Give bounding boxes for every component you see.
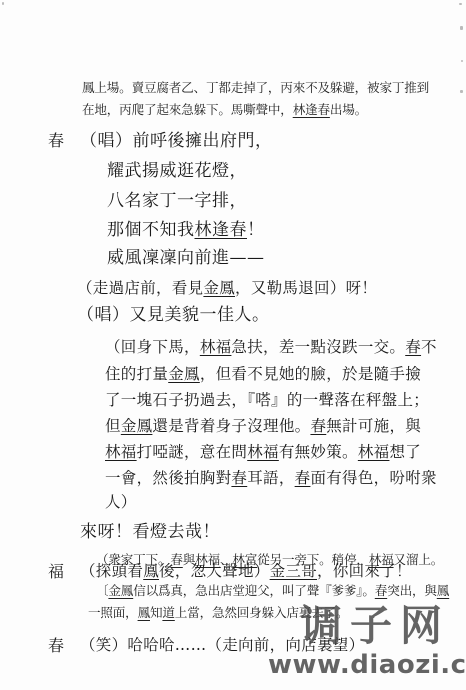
stage-direction-line: （回身下馬，林福急扶，差一點沒跌一交。春不: [105, 340, 437, 356]
stage-direction-text: （回身下馬，: [105, 338, 200, 356]
character-name: 金鳳: [168, 365, 200, 383]
stage-direction-line: 住的打量金鳳，但看不見她的臉，於是隨手撿: [105, 367, 421, 383]
scan-speck: [2, 2, 4, 5]
character-name: 道: [162, 605, 174, 620]
character-name: 金鳳: [108, 583, 133, 598]
stage-direction-text: 鳳上場。賣豆腐者乙、丁都走掉了，丙來不及躲避，被家丁推到: [82, 80, 429, 95]
stage-direction-text: 信以爲真，急出店堂迎父，叫了聲『爹爹』。: [133, 583, 375, 598]
stage-direction-line: 了一塊石子扔過去，『嗒』的一聲落在秤盤上；: [105, 393, 429, 409]
dialogue-text: （探頭看: [80, 562, 143, 580]
stage-direction-text: 想了: [389, 443, 421, 461]
scan-speck: [459, 3, 462, 5]
verse-line: 八名家丁一字排，: [107, 193, 247, 210]
stage-direction-line: 一會，然後拍胸對春耳語，春面有得色，吩咐衆: [105, 471, 437, 487]
verse-text: ！: [247, 220, 265, 240]
stage-direction-text: 面有得色，吩咐衆: [310, 469, 436, 487]
character-name: 春: [375, 583, 387, 598]
character-name: 金鳳: [121, 417, 153, 435]
dialogue-line: （唱）又見美貌一佳人。: [77, 307, 270, 324]
stage-direction-text: 有無妙策。: [279, 443, 358, 461]
stage-direction-line: 鳳上場。賣豆腐者乙、丁都走掉了，丙來不及躲避，被家丁推到: [82, 82, 429, 95]
character-name: 林福: [105, 443, 137, 461]
stage-direction-text: 耳語，: [247, 469, 294, 487]
character-name: 林逢春: [293, 102, 330, 117]
dialogue-text: 後，忽大聲地）: [159, 562, 270, 580]
stage-direction-text: 住的打量: [105, 365, 168, 383]
stage-direction-text: 不: [421, 338, 437, 356]
character-name: 林福: [247, 443, 279, 461]
character-name: 春: [295, 469, 311, 487]
stage-direction-text: 一會，然後拍胸對: [105, 469, 231, 487]
action-text: ，又勒馬退回）呀！: [235, 279, 377, 297]
verse-line: 耀武揚威逛花燈，: [107, 163, 247, 180]
speaker-label: 福: [48, 564, 64, 580]
character-name: 鳳: [138, 605, 150, 620]
stage-direction-line: 林福打啞謎，意在問林福有無妙策。林福想了: [105, 445, 421, 461]
script-page: 鳳上場。賣豆腐者乙、丁都走掉了，丙來不及躲避，被家丁推到 在地，丙爬了起來急躲下…: [0, 0, 466, 690]
stage-direction-text: 出場。: [330, 102, 367, 117]
stage-direction-line: 人）: [105, 495, 137, 511]
character-name: 春: [405, 338, 421, 356]
stage-direction-line: 但金鳳還是背着身子沒理他。春無計可施，與: [105, 419, 421, 435]
scan-speck: [460, 26, 463, 30]
verse-line: 那個不知我林逢春！: [107, 222, 265, 239]
stage-direction-text: 無計可施，與: [326, 417, 421, 435]
dialogue-line: （探頭看鳳後，忽大聲地）金三哥，你回來了！: [80, 564, 412, 580]
stage-direction-text: 在地，丙爬了起來急躲下。馬嘶聲中，: [82, 102, 293, 117]
stage-direction-text: 〔: [96, 583, 108, 598]
dialogue-text: ，你回來了！: [317, 562, 412, 580]
stage-direction-line: 在地，丙爬了起來急躲下。馬嘶聲中，林逢春出場。: [82, 104, 367, 117]
stage-direction-text: 突出，與: [387, 583, 437, 598]
speaker-label: 春: [48, 133, 64, 149]
character-name: 春: [310, 417, 326, 435]
dialogue-line: 來呀！看燈去哉！: [80, 524, 220, 541]
character-name: 林福: [358, 443, 390, 461]
watermark-site-name: 调子网: [300, 605, 450, 647]
dialogue-line: （唱）前呼後擁出府門，: [80, 133, 273, 150]
scan-speck: [460, 90, 463, 93]
stage-direction-text: 一照面，: [88, 605, 138, 620]
verse-text: 那個不知我: [107, 220, 195, 240]
stage-direction-line: 〔金鳳信以爲真，急出店堂迎父，叫了聲『爹爹』。春突出，與鳳: [96, 585, 449, 598]
scan-speck: [461, 60, 463, 62]
character-name: 林逢春: [195, 220, 248, 240]
action-text: （走過店前，看見: [77, 279, 203, 297]
stage-direction-text: 但: [105, 417, 121, 435]
character-name: 金三哥: [270, 562, 317, 580]
watermark-url: www.diaozi.com: [268, 652, 466, 678]
stage-direction-text: ，但看不見她的臉，於是隨手撿: [200, 365, 421, 383]
character-name: 鳳: [143, 562, 159, 580]
speaker-label: 春: [48, 638, 64, 654]
stage-direction-text: 打啞謎，意在問: [137, 443, 248, 461]
character-name: 林福: [200, 338, 232, 356]
character-name: 金鳳: [203, 279, 235, 297]
character-name: 春: [231, 469, 247, 487]
action-line: （走過店前，看見金鳳，又勒馬退回）呀！: [77, 281, 377, 297]
stage-direction-text: 急扶，差一點沒跌一交。: [231, 338, 405, 356]
stage-direction-text: 還是背着身子沒理他。: [152, 417, 310, 435]
character-name: 鳳: [437, 583, 449, 598]
verse-line: 威風凜凜向前進——: [107, 250, 265, 267]
stage-direction-text: 知: [150, 605, 162, 620]
